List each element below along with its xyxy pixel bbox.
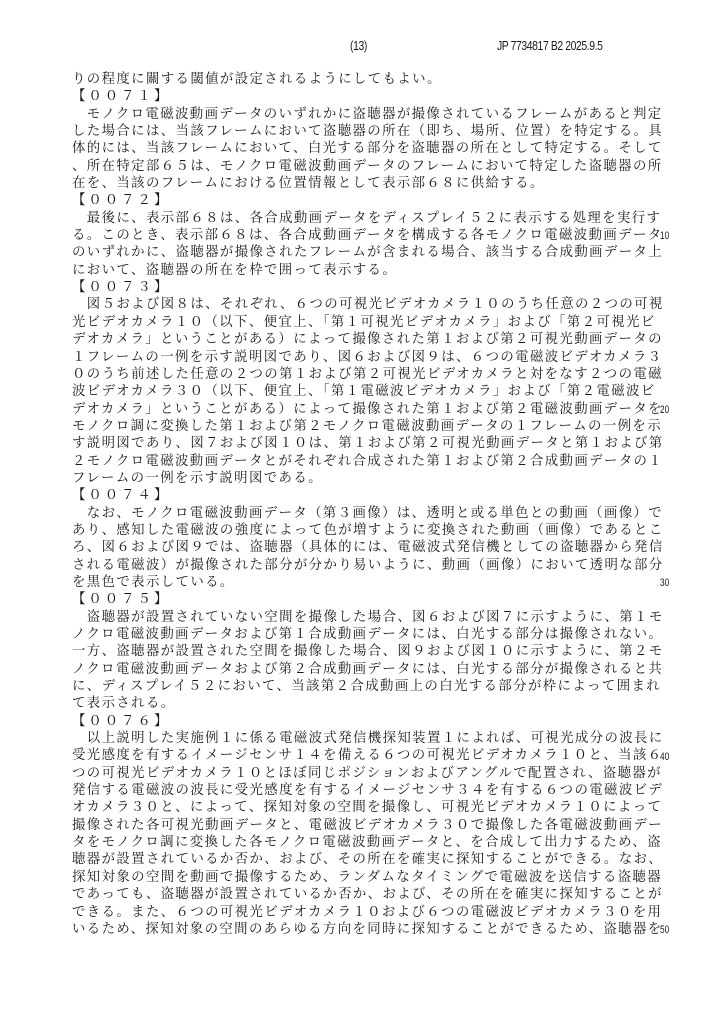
text-line: 最後に、表示部６８は、各合成動画データをディスプレイ５２に表示する処理を実行す bbox=[72, 210, 662, 227]
text-line: 発信する電磁波の波長に受光感度を有するイメージセンサ３４を有する６つの電磁波ビデ bbox=[72, 782, 662, 799]
paragraph-number: 【００７６】 bbox=[72, 713, 662, 730]
line-number-marker: 50 bbox=[660, 922, 669, 939]
text-line: において、盗聴器の所在を枠で囲って表示する。 bbox=[72, 262, 662, 279]
text-line: に、ディスプレイ５２において、当該第２合成動画上の白光する部分が枠によって囲まれ bbox=[72, 678, 662, 695]
text-line: フレームの一例を示す説明図である。 bbox=[72, 470, 662, 487]
text-line: のいずれかに、盗聴器が撮像されたフレームが含まれる場合、該当する合成動画データ上 bbox=[72, 244, 662, 261]
text-line: あり、感知した電磁波の強度によって色が増すように変換された動画（画像）であるとこ bbox=[72, 522, 662, 539]
text-line: モノクロ電磁波動画データのいずれかに盗聴器が撮像されているフレームがあると判定 bbox=[72, 106, 662, 123]
text-line: なお、モノクロ電磁波動画データ（第３画像）は、透明と或る単色との動画（画像）で bbox=[72, 505, 662, 522]
text-line: 以上説明した実施例１に係る電磁波式発信機探知装置１によれば、可視光成分の波長に bbox=[72, 730, 662, 747]
line-number-marker: 30 bbox=[660, 575, 669, 592]
line-number-marker: 20 bbox=[660, 402, 669, 419]
text-line: 盗聴器が設置されていない空間を撮像した場合、図６および図７に示すように、第１モ bbox=[72, 609, 662, 626]
text-line: モノクロ調に変換した第１および第２モノクロ電磁波動画データの１フレームの一例を示 bbox=[72, 418, 662, 435]
text-line: であっても、盗聴器が設置されているか否か、および、その所在を確実に探知することが bbox=[72, 886, 662, 903]
text-line: 光ビデオカメラ１０（以下、便宜上、「第１可視光ビデオカメラ」および「第２可視光ビ bbox=[72, 314, 662, 331]
paragraph-number: 【００７４】 bbox=[72, 487, 662, 504]
text-line: 一方、盗聴器が設置された空間を撮像した場合、図９および図１０に示すように、第２モ bbox=[72, 643, 662, 660]
text-line: 体的には、当該フレームにおいて、白光する部分を盗聴器の所在として特定する。そして bbox=[72, 140, 662, 157]
line-number-marker: 40 bbox=[660, 749, 669, 766]
text-line: した場合には、当該フレームにおいて盗聴器の所在（即ち、場所、位置）を特定する。具 bbox=[72, 123, 662, 140]
text-line: 在を、当該のフレームにおける位置情報として表示部６８に供給する。 bbox=[72, 175, 662, 192]
text-line: される電磁波）が撮像された部分が分かり易いように、動画（画像）において透明な部分 bbox=[72, 557, 662, 574]
text-line: できる。また、６つの可視光ビデオカメラ１０および６つの電磁波ビデオカメラ３０を用 bbox=[72, 904, 662, 921]
text-line: つの可視光ビデオカメラ１０とほぼ同じポジションおよびアングルで配置され、盗聴器が bbox=[72, 765, 662, 782]
text-line: 受光感度を有するイメージセンサ１４を備える６つの可視光ビデオカメラ１０と、当該６ bbox=[72, 747, 662, 764]
text-line: オカメラ３０と、によって、探知対象の空間を撮像し、可視光ビデオカメラ１０によって bbox=[72, 799, 662, 816]
line-number-marker: 10 bbox=[660, 228, 669, 245]
paragraph-number: 【００７３】 bbox=[72, 279, 662, 296]
text-line: デオカメラ」ということがある）によって撮像された第１および第２電磁波動画データを bbox=[72, 401, 662, 418]
text-line: 撮像された各可視光動画データと、電磁波ビデオカメラ３０で撮像した各電磁波動画デー bbox=[72, 817, 662, 834]
text-line: ０のうち前述した任意の２つの第１および第２可視光ビデオカメラと対をなす２つの電磁 bbox=[72, 366, 662, 383]
text-line: いるため、探知対象の空間のあらゆる方向を同時に探知することができるため、盗聴器を bbox=[72, 921, 662, 938]
text-line: 波ビデオカメラ３０（以下、便宜上、「第１電磁波ビデオカメラ」および「第２電磁波ビ bbox=[72, 383, 662, 400]
text-line: 聴器が設置されているか否か、および、その所在を確実に探知することができる。なお、 bbox=[72, 851, 662, 868]
text-line: を黒色で表示している。 bbox=[72, 574, 662, 591]
text-line: １フレームの一例を示す説明図であり、図６および図９は、６つの電磁波ビデオカメラ３ bbox=[72, 349, 662, 366]
text-line: ２モノクロ電磁波動画データとがそれぞれ合成された第１および第２合成動画データの１ bbox=[72, 453, 662, 470]
text-line: りの程度に關する閾値が設定されるようにしてもよい。 bbox=[72, 71, 662, 88]
paragraph-number: 【００７１】 bbox=[72, 88, 662, 105]
text-line: ノクロ電磁波動画データおよび第２合成動画データには、白光する部分が撮像されると共 bbox=[72, 661, 662, 678]
document-body: りの程度に關する閾値が設定されるようにしてもよい。【００７１】 モノクロ電磁波動… bbox=[72, 71, 662, 938]
publication-id: JP 7734817 B2 2025.9.5 bbox=[497, 38, 603, 53]
paragraph-number: 【００７２】 bbox=[72, 192, 662, 209]
text-line: て表示される。 bbox=[72, 695, 662, 712]
text-line: す説明図であり、図７および図１０は、第１および第２可視光動画データと第１および第 bbox=[72, 435, 662, 452]
paragraph-number: 【００７５】 bbox=[72, 591, 662, 608]
text-line: 図５および図８は、それぞれ、６つの可視光ビデオカメラ１０のうち任意の２つの可視 bbox=[72, 296, 662, 313]
text-line: 、所在特定部６５は、モノクロ電磁波動画データのフレームにおいて特定した盗聴器の所 bbox=[72, 158, 662, 175]
text-line: る。このとき、表示部６８は、各合成動画データを構成する各モノクロ電磁波動画データ bbox=[72, 227, 662, 244]
page-header: (13) JP 7734817 B2 2025.9.5 bbox=[0, 38, 724, 58]
text-line: タをモノクロ調に変換した各モノクロ電磁波動画データと、を合成して出力するため、盗 bbox=[72, 834, 662, 851]
text-line: 探知対象の空間を動画で撮像するため、ランダムなタイミングで電磁波を送信する盗聴器 bbox=[72, 869, 662, 886]
page-number: (13) bbox=[350, 38, 367, 53]
text-line: ろ、図６および図９では、盗聴器（具体的には、電磁波式発信機としての盗聴器から発信 bbox=[72, 539, 662, 556]
text-line: ノクロ電磁波動画データおよび第１合成動画データには、白光する部分は撮像されない。 bbox=[72, 626, 662, 643]
text-line: デオカメラ」ということがある）によって撮像された第１および第２可視光動画データの bbox=[72, 331, 662, 348]
